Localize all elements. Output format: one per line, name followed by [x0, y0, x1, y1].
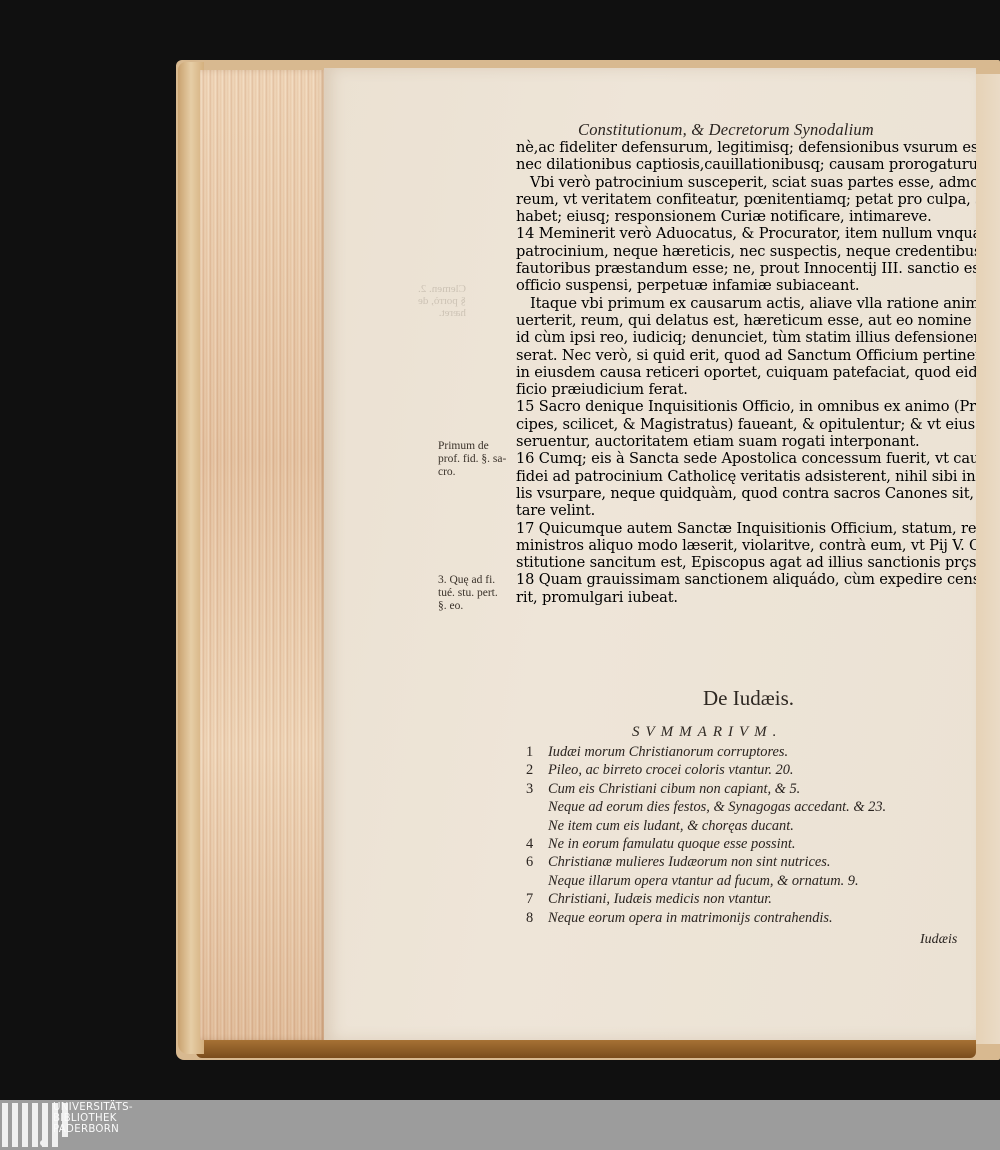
summary-item: 3Cum eis Christiani cibum non capiant, &…: [526, 780, 886, 798]
body-line: 16 Cumq; eis à Sancta sede Apostolica co…: [516, 450, 976, 467]
bleed-line: Clemen. 2.: [418, 283, 466, 295]
body-line: 18 Quam grauissimam sanctionem aliquádo,…: [516, 571, 976, 588]
item-number: 4: [526, 835, 548, 853]
item-text: Neque illarum opera vtantur ad fucum, & …: [548, 872, 859, 890]
body-line: rit, promulgari iubeat.: [516, 589, 976, 606]
item-number: 7: [526, 890, 548, 908]
body-line: ministros aliquo modo læserit, violaritv…: [516, 537, 976, 554]
body-line: cipes, scilicet, & Magistratus) faueant,…: [516, 416, 976, 433]
library-name: UNIVERSITÄTS- BIBLIOTHEK PADERBORN: [53, 1102, 133, 1135]
item-text: Neque eorum opera in matrimonijs contrah…: [548, 909, 833, 927]
summary-item: Neque illarum opera vtantur ad fucum, & …: [526, 872, 886, 890]
item-number: [526, 872, 548, 890]
summary-item: 4Ne in eorum famulatu quoque esse possin…: [526, 835, 886, 853]
body-line: 14 Meminerit verò Aduocatus, & Procurato…: [516, 225, 976, 242]
item-number: 8: [526, 909, 548, 927]
logo-line: PADERBORN: [53, 1124, 133, 1135]
margin-note-line: §. eo.: [438, 600, 498, 613]
item-text: Ne in eorum famulatu quoque esse possint…: [548, 835, 795, 853]
summary-item: Ne item cum eis ludant, & choręas ducant…: [526, 817, 886, 835]
summary-item: Neque ad eorum dies festos, & Synagogas …: [526, 798, 886, 816]
summary-list: 1Iudæi morum Christianorum corruptores. …: [526, 743, 886, 927]
item-number: 1: [526, 743, 548, 761]
body-line: 15 Sacro denique Inquisitionis Officio, …: [516, 398, 976, 415]
margin-note-line: 3. Quę ad fi.: [438, 574, 498, 587]
item-text: Christiani, Iudæis medicis non vtantur.: [548, 890, 772, 908]
body-line: habet; eiusq; responsionem Curiæ notific…: [516, 208, 976, 225]
body-line: fautoribus præstandum esse; ne, prout In…: [516, 260, 976, 277]
body-line: uerterit, reum, qui delatus est, hæretic…: [516, 312, 976, 329]
body-line: lis vsurpare, neque quidquàm, quod contr…: [516, 485, 976, 502]
bleed-line: § porrò, de: [418, 295, 466, 307]
item-number: 3: [526, 780, 548, 798]
margin-note-line: tué. stu. pert.: [438, 587, 498, 600]
library-footer: UNIVERSITÄTS- BIBLIOTHEK PADERBORN: [0, 1100, 1000, 1150]
body-line: serat. Nec verò, si quid erit, quod ad S…: [516, 347, 976, 364]
margin-note-1: Primum de prof. fid. §. sa- cro.: [438, 440, 506, 479]
summary-item: 8Neque eorum opera in matrimonijs contra…: [526, 909, 886, 927]
summary-item: 1Iudæi morum Christianorum corruptores.: [526, 743, 886, 761]
item-text: Iudæi morum Christianorum corruptores.: [548, 743, 788, 761]
logo-line: UNIVERSITÄTS-: [53, 1102, 133, 1113]
item-number: [526, 798, 548, 816]
margin-note-2: 3. Quę ad fi. tué. stu. pert. §. eo.: [438, 574, 498, 613]
body-line: id cùm ipsi reo, iudiciq; denunciet, tùm…: [516, 329, 976, 346]
bleed-through-note: Clemen. 2. § porrò, de hæret.: [418, 283, 466, 319]
item-text: Cum eis Christiani cibum non capiant, & …: [548, 780, 800, 798]
summary-heading: SVMMARIVM.: [632, 724, 782, 741]
item-text: Neque ad eorum dies festos, & Synagogas …: [548, 798, 886, 816]
body-line: fidei ad patrocinium Catholicę veritatis…: [516, 468, 976, 485]
margin-note-line: cro.: [438, 466, 506, 479]
body-line: ficio præiudicium ferat.: [516, 381, 976, 398]
margin-note-line: prof. fid. §. sa-: [438, 453, 506, 466]
logo-line: BIBLIOTHEK: [53, 1113, 133, 1124]
summary-item: 7Christiani, Iudæis medicis non vtantur.: [526, 890, 886, 908]
body-line: in eiusdem causa reticeri oportet, cuiqu…: [516, 364, 976, 381]
item-text: Ne item cum eis ludant, & choręas ducant…: [548, 817, 794, 835]
body-line: seruentur, auctoritatem etiam suam rogat…: [516, 433, 976, 450]
item-number: 6: [526, 853, 548, 871]
item-number: [526, 817, 548, 835]
running-header: Constitutionum, & Decretorum Synodalium: [578, 120, 874, 140]
bleed-line: hæret.: [418, 307, 466, 319]
body-line: patrocinium, neque hæreticis, nec suspec…: [516, 243, 976, 260]
logo-dot-icon: [40, 1140, 46, 1146]
margin-note-line: Primum de: [438, 440, 506, 453]
body-line: nec dilationibus captiosis,cauillationib…: [516, 156, 976, 173]
item-text: Christianæ mulieres Iudæorum non sint nu…: [548, 853, 831, 871]
item-number: 2: [526, 761, 548, 779]
body-line: Vbi verò patrocinium susceperit, sciat s…: [516, 174, 976, 191]
body-line: officio suspensi, perpetuæ infamiæ subia…: [516, 277, 976, 294]
body-line: reum, vt veritatem confiteatur, pœnitent…: [516, 191, 976, 208]
summary-item: 6Christianæ mulieres Iudæorum non sint n…: [526, 853, 886, 871]
item-text: Pileo, ac birreto crocei coloris vtantur…: [548, 761, 794, 779]
body-text: nè,ac fideliter defensurum, legitimisq; …: [516, 139, 976, 606]
summary-item: 2Pileo, ac birreto crocei coloris vtantu…: [526, 761, 886, 779]
body-line: stitutione sancitum est, Episcopus agat …: [516, 554, 976, 571]
section-title: De Iudæis.: [703, 686, 794, 711]
body-line: Itaque vbi primum ex causarum actis, ali…: [516, 295, 976, 312]
facing-page-edge: [976, 74, 1000, 1044]
catchword: Iudæis: [920, 932, 957, 948]
page-stack-edge: [200, 70, 326, 1040]
body-line: nè,ac fideliter defensurum, legitimisq; …: [516, 139, 976, 156]
body-line: 17 Quicumque autem Sanctæ Inquisitionis …: [516, 520, 976, 537]
body-line: tare velint.: [516, 502, 976, 519]
